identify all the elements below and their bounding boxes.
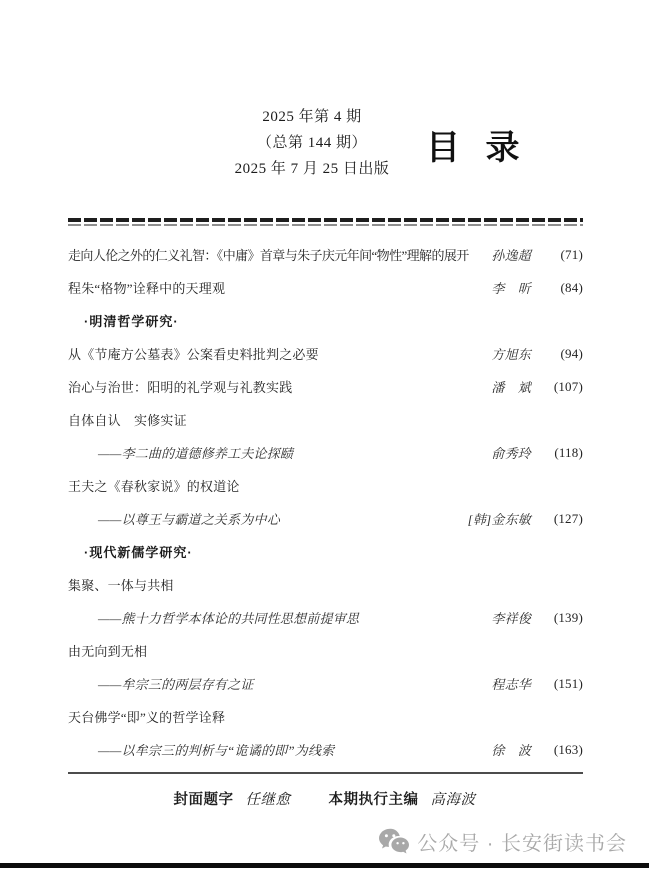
article-page-number: (151): [541, 676, 583, 692]
toc-subtitle-row: ——李二曲的道德修养工夫论探赜 俞秀玲 (118): [68, 436, 583, 469]
article-author: [韩]金东敏: [468, 509, 541, 528]
article-subtitle: ——以尊王与霸道之关系为中心: [68, 509, 280, 528]
issue-total: （总第 144 期）: [222, 130, 402, 156]
toc-section-heading: ·明清哲学研究·: [68, 304, 583, 337]
issue-info: 2025 年第 4 期 （总第 144 期） 2025 年 7 月 25 日出版: [222, 104, 402, 182]
double-dashed-rule: [68, 218, 583, 228]
toc-subtitle-row: ——以牟宗三的判析与“诡谲的即”为线索 徐 波 (163): [68, 733, 583, 766]
article-title: 王夫之《春秋家说》的权道论: [68, 476, 240, 495]
toc-subtitle-row: ——熊十力哲学本体论的共同性思想前提审思 李祥俊 (139): [68, 601, 583, 634]
article-title: 天台佛学“即”义的哲学诠释: [68, 707, 225, 726]
article-author: 李祥俊: [491, 608, 541, 627]
article-page-number: (84): [541, 280, 583, 296]
article-subtitle: ——熊十力哲学本体论的共同性思想前提审思: [68, 608, 359, 627]
footer-rule: [68, 772, 583, 774]
toc-subtitle-row: ——牟宗三的两层存有之证 程志华 (151): [68, 667, 583, 700]
article-author: 俞秀玲: [491, 443, 541, 462]
article-subtitle: ——李二曲的道德修养工夫论探赜: [68, 443, 293, 462]
article-subtitle: ——以牟宗三的判析与“诡谲的即”为线索: [68, 740, 334, 759]
footer-credits: 封面题字任继愈本期执行主编高海波: [0, 788, 649, 809]
article-title: 由无向到无相: [68, 641, 147, 660]
table-of-contents: 走向人伦之外的仁义礼智：《中庸》首章与朱子庆元年间“物性”理解的展开 孙逸超 (…: [68, 238, 583, 766]
article-title: 走向人伦之外的仁义礼智：《中庸》首章与朱子庆元年间“物性”理解的展开: [68, 245, 469, 264]
article-author: 徐 波: [491, 740, 541, 759]
article-page-number: (163): [541, 742, 583, 758]
publish-date: 2025 年 7 月 25 日出版: [222, 156, 402, 182]
article-subtitle: ——牟宗三的两层存有之证: [68, 674, 254, 693]
toc-article-row: 治心与治世：阳明的礼学观与礼教实践 潘 斌 (107): [68, 370, 583, 403]
toc-article-row: 由无向到无相: [68, 634, 583, 667]
toc-article-row: 王夫之《春秋家说》的权道论: [68, 469, 583, 502]
issue-number: 2025 年第 4 期: [222, 104, 402, 130]
article-title: 自体自认 实修实证: [68, 410, 187, 429]
toc-article-row: 自体自认 实修实证: [68, 403, 583, 436]
cover-calligraphy-name: 任继愈: [246, 792, 291, 808]
page-title: 目 录: [426, 120, 527, 169]
wechat-icon: [378, 828, 410, 855]
toc-article-row: 从《节庵方公墓表》公案看史料批判之必要 方旭东 (94): [68, 337, 583, 370]
executive-editor-name: 高海波: [431, 792, 476, 808]
toc-section-heading: ·现代新儒学研究·: [68, 535, 583, 568]
section-heading-label: ·明清哲学研究·: [68, 311, 179, 330]
section-heading-label: ·现代新儒学研究·: [68, 542, 193, 561]
toc-article-row: 程朱“格物”诠释中的天理观 李 昕 (84): [68, 271, 583, 304]
executive-editor-label: 本期执行主编: [329, 792, 419, 808]
toc-article-row: 集聚、一体与共相: [68, 568, 583, 601]
article-page-number: (139): [541, 610, 583, 626]
article-author: 潘 斌: [491, 377, 541, 396]
article-title: 集聚、一体与共相: [68, 575, 174, 594]
article-author: 李 昕: [491, 278, 541, 297]
watermark-text: 公众号 · 长安街读书会: [417, 827, 627, 856]
article-page-number: (94): [541, 346, 583, 362]
article-title: 治心与治世：阳明的礼学观与礼教实践: [68, 377, 292, 396]
bottom-black-bar: [0, 863, 649, 868]
article-title: 程朱“格物”诠释中的天理观: [68, 278, 225, 297]
article-title: 从《节庵方公墓表》公案看史料批判之必要: [68, 344, 319, 363]
article-page-number: (127): [541, 511, 583, 527]
article-page-number: (71): [541, 247, 583, 263]
article-author: 程志华: [491, 674, 541, 693]
toc-article-row: 走向人伦之外的仁义礼智：《中庸》首章与朱子庆元年间“物性”理解的展开 孙逸超 (…: [68, 238, 583, 271]
article-page-number: (107): [541, 379, 583, 395]
article-page-number: (118): [541, 445, 583, 461]
toc-page: { "header": { "issue_lines": ["2025 年第 4…: [0, 0, 649, 870]
article-author: 方旭东: [491, 344, 541, 363]
toc-article-row: 天台佛学“即”义的哲学诠释: [68, 700, 583, 733]
toc-subtitle-row: ——以尊王与霸道之关系为中心 [韩]金东敏 (127): [68, 502, 583, 535]
article-author: 孙逸超: [491, 245, 541, 264]
wechat-watermark: 公众号 · 长安街读书会: [378, 827, 627, 856]
cover-calligraphy-label: 封面题字: [174, 792, 234, 808]
